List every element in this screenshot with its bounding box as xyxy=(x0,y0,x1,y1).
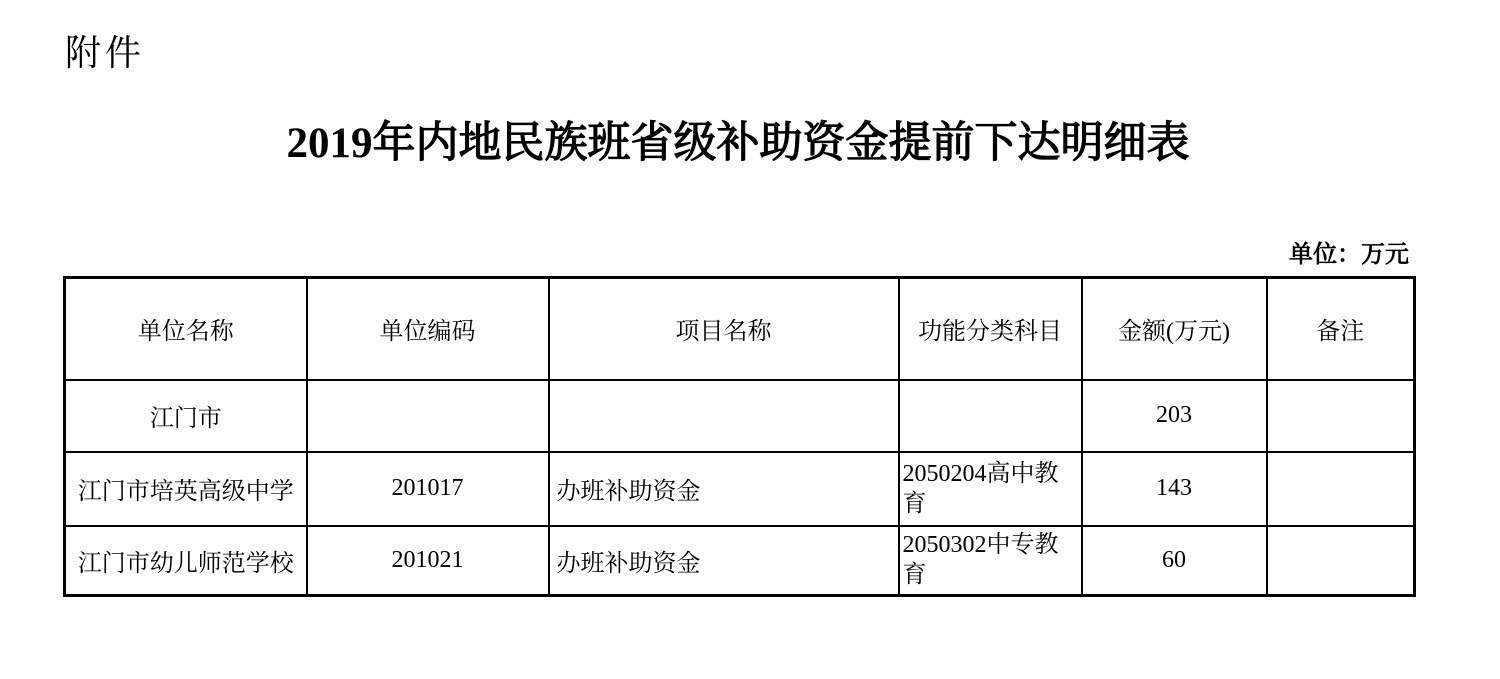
document-page: 附件 2019年内地民族班省级补助资金提前下达明细表 单位：万元 单位名称 单位… xyxy=(0,0,1500,679)
cell-unit-code: 201017 xyxy=(307,452,549,526)
header-function-category: 功能分类科目 xyxy=(899,278,1082,380)
cell-project-name: 办班补助资金 xyxy=(549,452,899,526)
header-amount: 金额(万元) xyxy=(1082,278,1267,380)
table-header-row: 单位名称 单位编码 项目名称 功能分类科目 金额(万元) 备注 xyxy=(65,278,1415,380)
header-project-name: 项目名称 xyxy=(549,278,899,380)
cell-amount: 203 xyxy=(1082,380,1267,452)
cell-function-category: 2050302中专教育 xyxy=(899,526,1082,596)
unit-note: 单位：万元 xyxy=(63,242,1413,268)
table-row: 江门市 203 xyxy=(65,380,1415,452)
cell-project-name: 办班补助资金 xyxy=(549,526,899,596)
cell-unit-name: 江门市幼儿师范学校 xyxy=(65,526,307,596)
subsidy-detail-table: 单位名称 单位编码 项目名称 功能分类科目 金额(万元) 备注 江门市 203 … xyxy=(63,276,1416,597)
header-unit-name: 单位名称 xyxy=(65,278,307,380)
table-row: 江门市培英高级中学 201017 办班补助资金 2050204高中教育 143 xyxy=(65,452,1415,526)
cell-function-category xyxy=(899,380,1082,452)
cell-unit-name: 江门市培英高级中学 xyxy=(65,452,307,526)
page-title: 2019年内地民族班省级补助资金提前下达明细表 xyxy=(63,120,1413,167)
attachment-label: 附件 xyxy=(65,36,145,72)
header-remark: 备注 xyxy=(1267,278,1415,380)
table-row: 江门市幼儿师范学校 201021 办班补助资金 2050302中专教育 60 xyxy=(65,526,1415,596)
cell-unit-name: 江门市 xyxy=(65,380,307,452)
cell-function-category: 2050204高中教育 xyxy=(899,452,1082,526)
cell-unit-code: 201021 xyxy=(307,526,549,596)
cell-remark xyxy=(1267,452,1415,526)
cell-project-name xyxy=(549,380,899,452)
cell-remark xyxy=(1267,526,1415,596)
cell-unit-code xyxy=(307,380,549,452)
cell-amount: 143 xyxy=(1082,452,1267,526)
header-unit-code: 单位编码 xyxy=(307,278,549,380)
cell-remark xyxy=(1267,380,1415,452)
cell-amount: 60 xyxy=(1082,526,1267,596)
